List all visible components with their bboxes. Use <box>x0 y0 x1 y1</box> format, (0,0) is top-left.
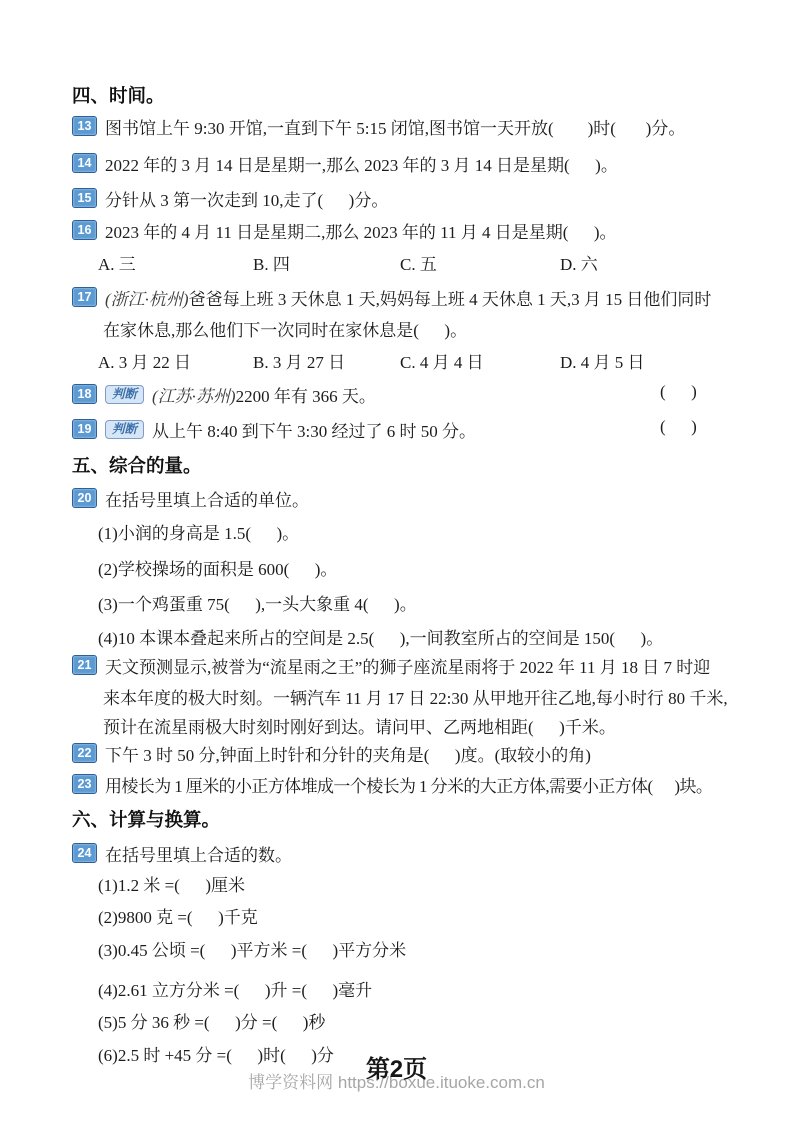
question-text: (江苏·苏州)2200 年有 366 天。 <box>152 382 376 407</box>
question-text: 天文预测显示,被誉为“流星雨之王”的狮子座流星雨将于 2022 年 11 月 1… <box>105 653 710 678</box>
judge-tag: 判断 <box>105 385 144 404</box>
question-text: 2023 年的 4 月 11 日是星期二,那么 2023 年的 11 月 4 日… <box>105 218 617 243</box>
question-16: 16 2023 年的 4 月 11 日是星期二,那么 2023 年的 11 月 … <box>72 218 617 243</box>
question-24-item-1: (1)1.2 米 =( )厘米 <box>98 871 245 896</box>
question-text: 图书馆上午 9:30 开馆,一直到下午 5:15 闭馆,图书馆一天开放( )时(… <box>105 114 685 139</box>
question-20-item-4: (4)10 本课本叠起来所占的空间是 2.5( ),一间教室所占的空间是 150… <box>98 624 663 649</box>
question-number-badge: 13 <box>72 116 97 136</box>
option-c: C. 五 <box>400 250 437 275</box>
question-24-item-5: (5)5 分 36 秒 =( )分 =( )秒 <box>98 1008 325 1033</box>
question-21-line3: 预计在流星雨极大时刻时刚好到达。请问甲、乙两地相距( )千米。 <box>103 713 616 738</box>
question-21: 21 天文预测显示,被誉为“流星雨之王”的狮子座流星雨将于 2022 年 11 … <box>72 653 710 678</box>
question-17-options: A. 3 月 22 日 B. 3 月 27 日 C. 4 月 4 日 D. 4 … <box>0 348 793 374</box>
question-number-badge: 22 <box>72 743 97 763</box>
option-d: D. 六 <box>560 250 598 275</box>
answer-blank: ( ) <box>660 417 697 437</box>
option-b: B. 3 月 27 日 <box>253 348 345 373</box>
question-text: 在括号里填上合适的单位。 <box>105 486 309 511</box>
question-number-badge: 23 <box>72 774 97 794</box>
question-13: 13 图书馆上午 9:30 开馆,一直到下午 5:15 闭馆,图书馆一天开放( … <box>72 114 685 139</box>
question-text: 从上午 8:40 到下午 3:30 经过了 6 时 50 分。 <box>152 417 476 442</box>
question-15: 15 分针从 3 第一次走到 10,走了( )分。 <box>72 186 388 211</box>
question-24-item-4: (4)2.61 立方分米 =( )升 =( )毫升 <box>98 976 372 1001</box>
judge-tag: 判断 <box>105 420 144 439</box>
question-number-badge: 21 <box>72 655 97 675</box>
question-number-badge: 15 <box>72 188 97 208</box>
question-17: 17 (浙江·杭州)爸爸每上班 3 天休息 1 天,妈妈每上班 4 天休息 1 … <box>72 285 711 310</box>
question-23: 23 用棱长为 1 厘米的小正方体堆成一个棱长为 1 分米的大正方体,需要小正方… <box>72 772 712 797</box>
question-24: 24 在括号里填上合适的数。 <box>72 841 292 866</box>
question-17-line2: 在家休息,那么他们下一次同时在家休息是( )。 <box>103 316 467 341</box>
question-19: 19 判断 从上午 8:40 到下午 3:30 经过了 6 时 50 分。 ( … <box>72 417 476 442</box>
section-title-time: 四、时间。 <box>72 82 165 108</box>
option-c: C. 4 月 4 日 <box>400 348 484 373</box>
answer-blank: ( ) <box>660 382 697 402</box>
worksheet-page: 四、时间。 13 图书馆上午 9:30 开馆,一直到下午 5:15 闭馆,图书馆… <box>0 0 793 1122</box>
question-text: 2022 年的 3 月 14 日是星期一,那么 2023 年的 3 月 14 日… <box>105 151 618 176</box>
question-21-line2: 来本年度的极大时刻。一辆汽车 11 月 17 日 22:30 从甲地开往乙地,每… <box>103 684 728 709</box>
question-24-item-3: (3)0.45 公顷 =( )平方米 =( )平方分米 <box>98 936 406 961</box>
question-16-options: A. 三 B. 四 C. 五 D. 六 <box>0 250 793 276</box>
question-20: 20 在括号里填上合适的单位。 <box>72 486 309 511</box>
question-source: (浙江·杭州) <box>105 290 189 309</box>
question-22: 22 下午 3 时 50 分,钟面上时针和分针的夹角是( )度。(取较小的角) <box>72 741 591 766</box>
question-source: (江苏·苏州) <box>152 387 236 406</box>
question-number-badge: 14 <box>72 153 97 173</box>
page-number: 第2页 <box>0 1049 793 1084</box>
question-14: 14 2022 年的 3 月 14 日是星期一,那么 2023 年的 3 月 1… <box>72 151 618 176</box>
option-d: D. 4 月 5 日 <box>560 348 645 373</box>
question-20-item-1: (1)小润的身高是 1.5( )。 <box>98 519 299 544</box>
option-a: A. 3 月 22 日 <box>98 348 191 373</box>
option-a: A. 三 <box>98 250 136 275</box>
section-title-units: 五、综合的量。 <box>72 452 202 478</box>
question-text: (浙江·杭州)爸爸每上班 3 天休息 1 天,妈妈每上班 4 天休息 1 天,3… <box>105 285 711 310</box>
question-number-badge: 19 <box>72 419 97 439</box>
question-18: 18 判断 (江苏·苏州)2200 年有 366 天。 ( ) <box>72 382 376 407</box>
option-b: B. 四 <box>253 250 290 275</box>
question-number-badge: 17 <box>72 287 97 307</box>
question-number-badge: 16 <box>72 220 97 240</box>
question-number-badge: 20 <box>72 488 97 508</box>
question-text: 用棱长为 1 厘米的小正方体堆成一个棱长为 1 分米的大正方体,需要小正方体( … <box>105 772 712 797</box>
section-title-calc: 六、计算与换算。 <box>72 806 220 832</box>
question-20-item-2: (2)学校操场的面积是 600( )。 <box>98 555 337 580</box>
question-text: 分针从 3 第一次走到 10,走了( )分。 <box>105 186 388 211</box>
question-number-badge: 18 <box>72 384 97 404</box>
question-24-item-2: (2)9800 克 =( )千克 <box>98 903 258 928</box>
question-text: 下午 3 时 50 分,钟面上时针和分针的夹角是( )度。(取较小的角) <box>105 741 591 766</box>
question-text: 在括号里填上合适的数。 <box>105 841 292 866</box>
question-number-badge: 24 <box>72 843 97 863</box>
question-20-item-3: (3)一个鸡蛋重 75( ),一头大象重 4( )。 <box>98 590 417 615</box>
